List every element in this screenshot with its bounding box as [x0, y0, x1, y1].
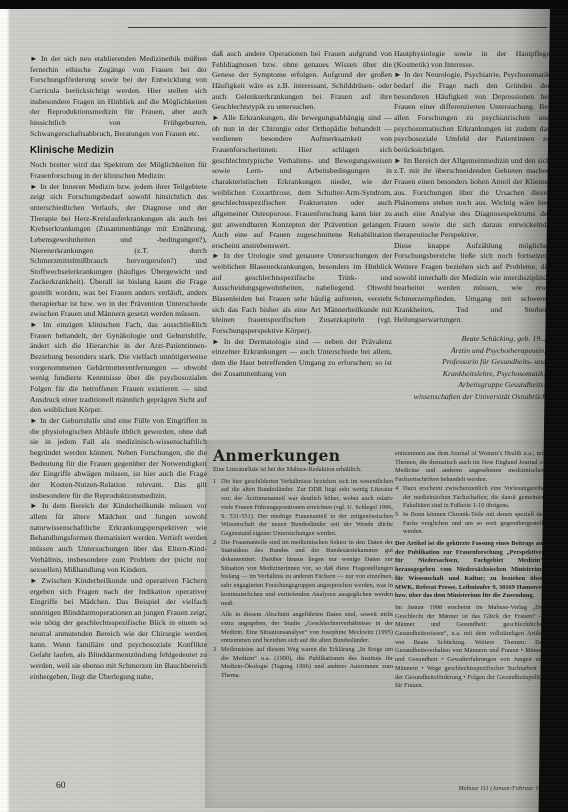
footnotes-column-left: Anmerkungen Eine Literaturliste ist bei …: [213, 447, 393, 681]
footnote: 2 Die Frauenanteile sind im medizinische…: [213, 539, 393, 609]
section-heading-klinische-medizin: Klinische Medizin: [30, 145, 207, 157]
footnotes-heading: Anmerkungen: [213, 447, 393, 464]
bullet-paragraph: ► In der Geburtshilfe sind eine Fülle vo…: [30, 416, 207, 501]
paragraph: Noch breiter wird das Spektrum der Mögli…: [30, 160, 207, 181]
column-left: ► In der sich neu etablierenden Medizine…: [30, 54, 207, 682]
bullet-paragraph: ► In der Dermatologie sind — neben der P…: [212, 337, 392, 380]
header-rule: [128, 27, 547, 28]
footnote-text: Die Frauenanteile sind im medizinischen …: [221, 539, 393, 609]
footnote-text: Alle in diesem Abschnitt angeführten Dat…: [221, 611, 393, 646]
page-number: 60: [56, 781, 66, 791]
footnote-number: [213, 611, 221, 646]
footnotes-intro: Eine Literaturliste ist bei der Mabuse-R…: [213, 466, 393, 475]
footnote-text: Die hier geschilderten Verhältnisse bezi…: [221, 478, 393, 539]
footnote-number: 3: [213, 646, 221, 681]
bullet-paragraph: ► In der Inneren Medizin bzw. jedem ihre…: [30, 182, 207, 321]
footnote: Alle in diesem Abschnitt angeführten Dat…: [213, 611, 393, 646]
paragraph: ► In der sich neu etablierenden Medizine…: [30, 54, 207, 139]
bullet-paragraph: ► In der Urologie sind genauere Untersuc…: [212, 251, 392, 336]
footnote: 3 Meilensteine auf diesem Weg waren die …: [213, 646, 393, 681]
footnote-number: 2: [213, 539, 221, 609]
bullet-paragraph: ► In dem Bereich der Kinderheilkunde müs…: [30, 501, 207, 576]
scanned-journal-page: ► In der sich neu etablierenden Medizine…: [0, 0, 568, 812]
footnote-text: Meilensteine auf diesem Weg waren die Er…: [221, 646, 393, 681]
bullet-paragraph: ► Alle Erkrankungen, die bewegungsabhäng…: [212, 113, 392, 252]
footnote: 1 Die hier geschilderten Verhältnisse be…: [213, 478, 393, 539]
bullet-paragraph: ► Zwischen Kinderheilkunde und operative…: [30, 576, 207, 683]
scan-edge-top: [0, 0, 568, 9]
footnote-number: 1: [213, 478, 221, 539]
footnote-number: 5: [395, 511, 403, 537]
footnotes-box: Anmerkungen Eine Literaturliste ist bei …: [205, 440, 546, 808]
footnote-number: 4: [395, 485, 403, 511]
paragraph: daß auch andere Operationen bei Frauen a…: [212, 49, 392, 113]
bullet-paragraph: ► Im einzigen klinischen Fach, das aussc…: [30, 320, 207, 416]
column-middle: daß auch andere Operationen bei Frauen a…: [212, 49, 392, 379]
